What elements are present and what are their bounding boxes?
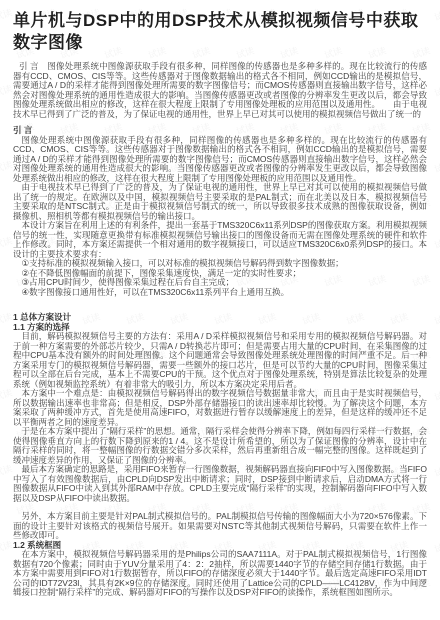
paragraph-design-goal: 本设计方案旨在利用上述的有利条件，提出一套基于TMS320C6x11系列DSP的… [13, 221, 427, 259]
paragraph-interlaced-sampling: 于是在本方案中提出了“隔行采样”的思想。通常，隔行采样会使得分辨率下降，例如每四… [13, 427, 427, 465]
abstract-paragraph: 引 言 图像处理系统中图像源获取手段有很多种，同样图像的传感器也是多种多样的。现… [13, 62, 427, 119]
document-page: 试读试读试读试读试读试读试读试读试读试读试读试读试读试读试读试读试读试读试读试读… [0, 0, 440, 620]
paragraph-difficulty: 本方案中一个难点是：由模拟视频信号解码得出的数字视频信号数据量非常大，而且由于是… [13, 389, 427, 427]
paragraph-final-approach: 最后本方案确定的思路是，采用FIFO来暂存一行图像数据，视频解码器直接向FIF0… [13, 465, 427, 503]
paragraph-pal-format: 另外，本方案目前主要是针对PAL制式模拟信号的。PAL制模拟信号传输的图像幅面大… [13, 512, 427, 541]
section-heading-1: 1 总体方案设计 [13, 313, 427, 323]
paragraph-scheme-choice: 目前，解码模拟视频信号主要的方法有：采用A / D采样模拟视频信号和采用专用的模… [13, 332, 427, 389]
paragraph-intro: 图像处理系统中图像源获取手段有很多种，同样图像的传感器也是多种多样的。现在比较流… [13, 136, 427, 184]
paragraph-system-diagram: 在本方案中，模拟视频信号解码器采用的是Philips公司的SAA7111A。对于… [13, 550, 427, 598]
paragraph-tv-standards: 由于电视技术早已得到了广泛的普及，为了保证电视的通用性，世界上早已对其可以使用的… [13, 183, 427, 221]
document-content: 单片机与DSP中的用DSP技术从模拟视频信号中获取数字图像 引 言 图像处理系统… [0, 0, 440, 598]
requirement-item-4: ④数字图像接口通用性好，可以在TMS320C6x11系列平台上通用互换。 [13, 288, 427, 298]
page-title: 单片机与DSP中的用DSP技术从模拟视频信号中获取数字图像 [13, 10, 427, 54]
